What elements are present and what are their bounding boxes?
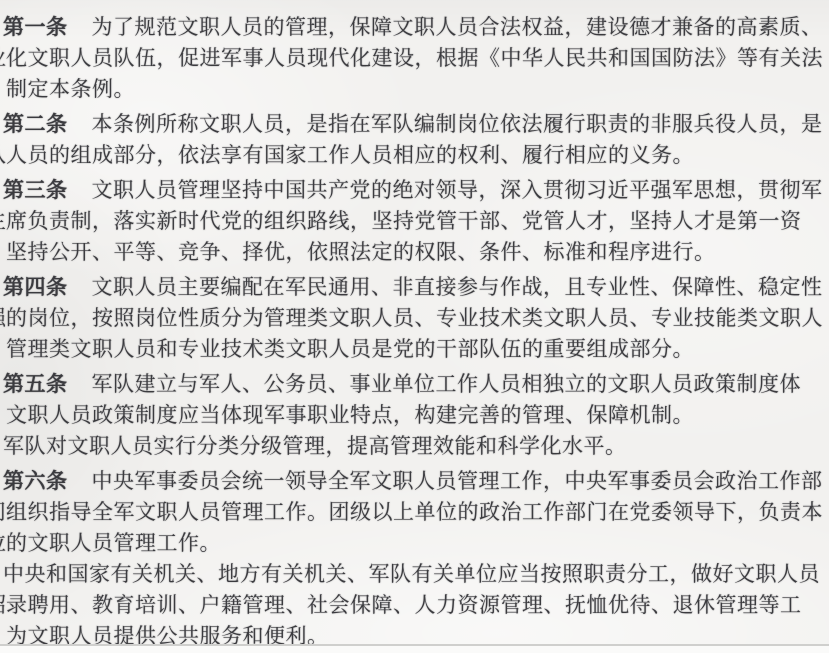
line-text: 本条例所称文职人员，是指在军队编制岗位依法履行职责的非服兵役人员，是 (92, 112, 823, 136)
line-text: 席负责制，落实新时代党的组织路线，坚持党管干部、党管人才，坚持人才是第一资 (6, 209, 802, 233)
document-line: 第一条为了规范文职人员的管理，保障文职人员合法权益，建设德才兼备的高素质、 (3, 12, 829, 43)
line-text: 组织指导全军文职人员管理工作。团级以上单位的政治工作部门在党委领导下，负责本 (6, 500, 823, 524)
line-text: 文职人员主要编配在军民通用、非直接参与作战，且专业性、保障性、稳定性 (92, 275, 823, 299)
document-line: 主席负责制，落实新时代党的组织路线，坚持党管干部、党管人才，坚持人才是第一资 (3, 206, 829, 237)
photo-bottom-edge (0, 644, 829, 653)
article-number: 第二条 (3, 113, 68, 136)
document-line: 第六条中央军事委员会统一领导全军文职人员管理工作，中央军事委员会政治工作部 (3, 466, 829, 497)
line-text: 军队建立与军人、公务员、事业单位工作人员相独立的文职人员政策制度体 (92, 372, 802, 396)
line-text: 制定本条例。 (6, 77, 135, 101)
line-text: 化文职人员队伍，促进军事人员现代化建设，根据《中华人民共和国国防法》等有关法 (6, 46, 823, 70)
document-line: 第五条军队建立与军人、公务员、事业单位工作人员相独立的文职人员政策制度体 (3, 369, 829, 400)
line-text: 的文职人员管理工作。 (6, 531, 221, 555)
line-text: 军队对文职人员实行分类分级管理，提高管理效能和科学化水平。 (3, 434, 627, 458)
document-line: 军队对文职人员实行分类分级管理，提高管理效能和科学化水平。 (3, 431, 829, 462)
line-text: 人员的组成部分，依法享有国家工作人员相应的权利、履行相应的义务。 (6, 143, 694, 167)
line-text: 中央和国家有关机关、地方有关机关、军队有关单位应当按照职责分工，做好文职人员 (3, 562, 820, 586)
article-number: 第六条 (3, 470, 68, 493)
document-line: 招录聘用、教育培训、户籍管理、社会保障、人力资源管理、抚恤优待、退休管理等工 (3, 590, 829, 621)
document-page: 第一条为了规范文职人员的管理，保障文职人员合法权益，建设德才兼备的高素质、业化文… (0, 0, 829, 653)
document-line: 门组织指导全军文职人员管理工作。团级以上单位的政治工作部门在党委领导下，负责本 (3, 497, 829, 528)
document-line: 第四条文职人员主要编配在军民通用、非直接参与作战，且专业性、保障性、稳定性 (3, 272, 829, 303)
line-text: 中央军事委员会统一领导全军文职人员管理工作，中央军事委员会政治工作部 (92, 469, 823, 493)
line-text: 的岗位，按照岗位性质分为管理类文职人员、专业技术类文职人员、专业技能类文职人 (6, 306, 823, 330)
line-text: 管理类文职人员和专业技术类文职人员是党的干部队伍的重要组成部分。 (6, 337, 694, 361)
line-text: 为了规范文职人员的管理，保障文职人员合法权益，建设德才兼备的高素质、 (92, 15, 823, 39)
article-number: 第五条 (3, 373, 68, 396)
document-line: 第二条本条例所称文职人员，是指在军队编制岗位依法履行职责的非服兵役人员，是 (3, 109, 829, 140)
document-line: 。文职人员政策制度应当体现军事职业特点，构建完善的管理、保障机制。 (3, 400, 829, 431)
document-line: 。管理类文职人员和专业技术类文职人员是党的干部队伍的重要组成部分。 (3, 334, 829, 365)
article-number: 第一条 (3, 16, 68, 39)
document-line: ，制定本条例。 (3, 74, 829, 105)
document-line: 第三条文职人员管理坚持中国共产党的绝对领导，深入贯彻习近平强军思想，贯彻军 (3, 175, 829, 206)
line-text: 文职人员政策制度应当体现军事职业特点，构建完善的管理、保障机制。 (6, 403, 694, 427)
line-text: 坚持公开、平等、竞争、择优，依照法定的权限、条件、标准和程序进行。 (6, 240, 716, 264)
line-text: 文职人员管理坚持中国共产党的绝对领导，深入贯彻习近平强军思想，贯彻军 (92, 178, 823, 202)
document-line: 中央和国家有关机关、地方有关机关、军队有关单位应当按照职责分工，做好文职人员 (3, 559, 829, 590)
article-number: 第四条 (3, 276, 68, 299)
document-text-block: 第一条为了规范文职人员的管理，保障文职人员合法权益，建设德才兼备的高素质、业化文… (0, 0, 829, 652)
line-text: 录聘用、教育培训、户籍管理、社会保障、人力资源管理、抚恤优待、退休管理等工 (6, 593, 802, 617)
document-line: ，坚持公开、平等、竞争、择优，依照法定的权限、条件、标准和程序进行。 (3, 237, 829, 268)
document-line: 队人员的组成部分，依法享有国家工作人员相应的权利、履行相应的义务。 (3, 140, 829, 171)
document-line: 位的文职人员管理工作。 (3, 528, 829, 559)
document-line: 业化文职人员队伍，促进军事人员现代化建设，根据《中华人民共和国国防法》等有关法 (3, 43, 829, 74)
document-line: 强的岗位，按照岗位性质分为管理类文职人员、专业技术类文职人员、专业技能类文职人 (3, 303, 829, 334)
article-number: 第三条 (3, 179, 68, 202)
